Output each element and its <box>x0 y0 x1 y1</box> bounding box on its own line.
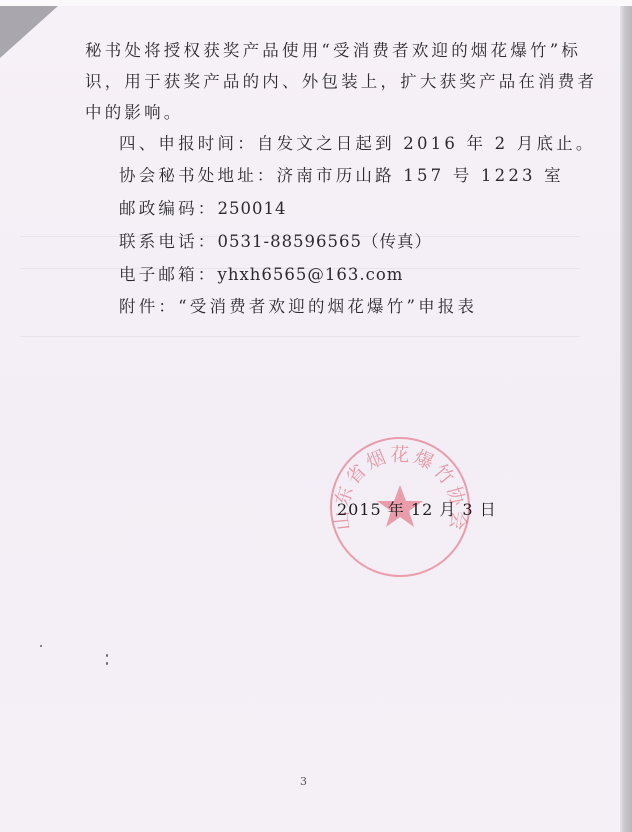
scan-speck <box>40 645 42 647</box>
phone-label: 联系电话： <box>119 232 218 251</box>
document-page <box>0 6 620 832</box>
address-value: 济南市历山路 157 号 1223 室 <box>277 166 564 185</box>
phone-value: 0531-88596565（传真） <box>218 232 433 251</box>
address-label: 协会秘书处地址： <box>119 166 277 185</box>
scan-speck <box>106 654 108 657</box>
attachment-value: “受消费者欢迎的烟花爆竹”申报表 <box>178 297 477 316</box>
paragraph-line-1: 秘书处将授权获奖产品使用“受消费者欢迎的烟花爆竹”标 <box>85 41 581 61</box>
phone-line: 联系电话：0531-88596565（传真） <box>119 232 432 252</box>
scan-right-edge <box>620 6 632 832</box>
paragraph-line-2: 识，用于获奖产品的内、外包装上，扩大获奖产品在消费者 <box>85 72 597 92</box>
email-label: 电子邮箱： <box>119 265 218 284</box>
scan-speck <box>106 662 108 665</box>
address-line: 协会秘书处地址：济南市历山路 157 号 1223 室 <box>119 166 564 186</box>
attachment-label: 附件： <box>119 297 178 316</box>
scan-corner-shadow <box>0 6 58 58</box>
bleed-through-line <box>20 336 580 337</box>
postcode-label: 邮政编码： <box>119 199 218 218</box>
email-value: yhxh6565@163.com <box>218 265 404 284</box>
postcode-value: 250014 <box>218 199 287 218</box>
page-number: 3 <box>300 775 307 788</box>
email-line: 电子邮箱：yhxh6565@163.com <box>119 265 403 285</box>
postcode-line: 邮政编码：250014 <box>119 199 287 219</box>
deadline-line: 四、申报时间：自发文之日起到 2016 年 2 月底止。 <box>119 134 596 154</box>
attachment-line: 附件：“受消费者欢迎的烟花爆竹”申报表 <box>119 297 477 317</box>
signature-date: 2015 年 12 月 3 日 <box>337 497 497 520</box>
paragraph-line-3: 中的影响。 <box>85 103 184 123</box>
